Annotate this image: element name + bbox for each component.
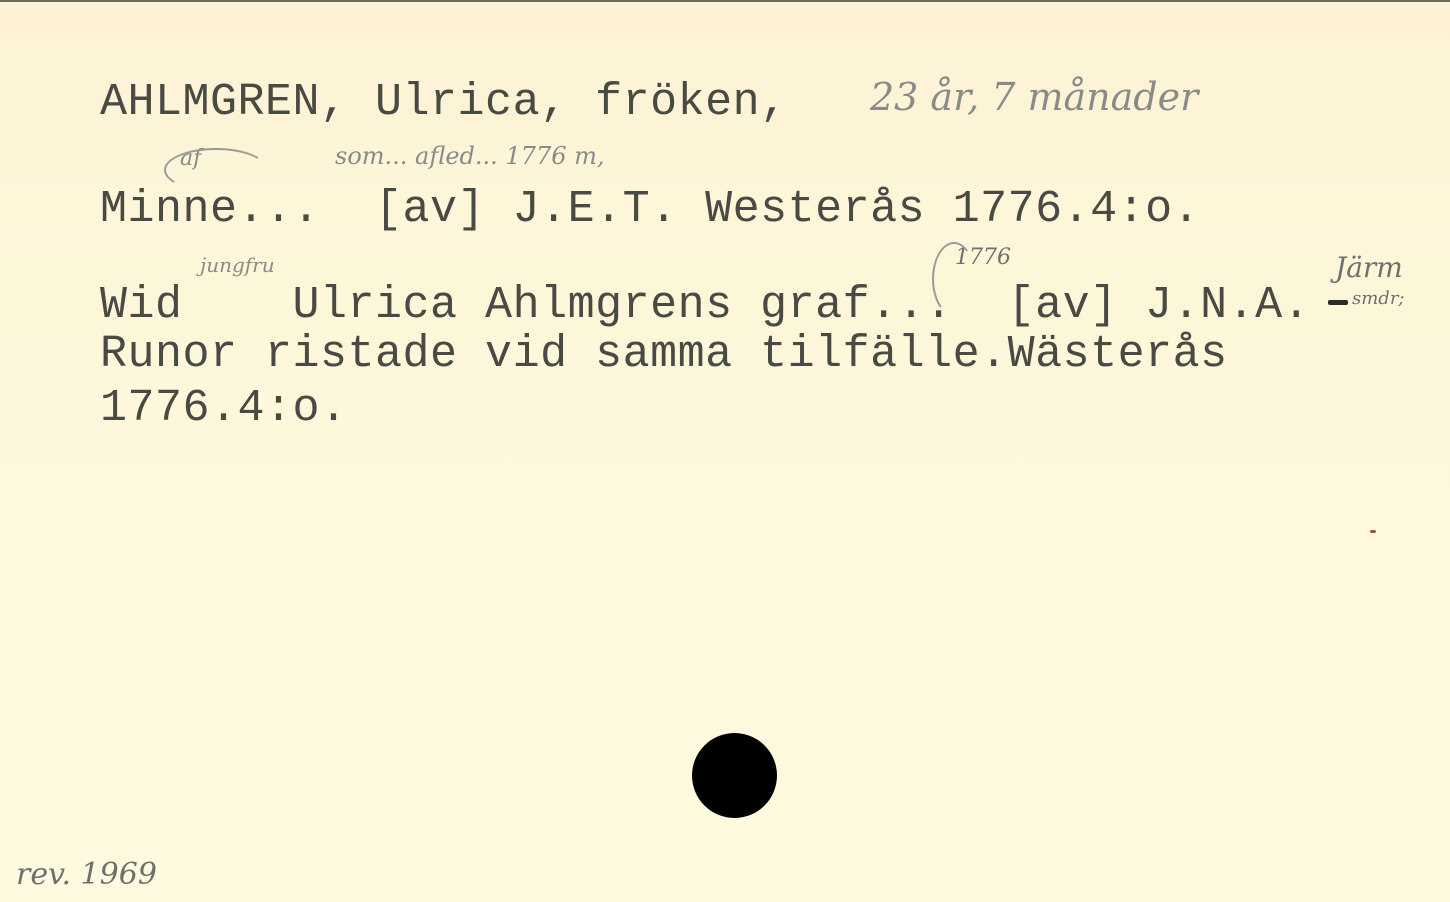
handwritten-revision-note: rev. 1969 — [16, 860, 157, 890]
catalog-entry-2-line-3: 1776.4:o. — [100, 386, 348, 431]
card-punch-hole — [692, 733, 777, 818]
author-dash-mark — [1328, 300, 1348, 305]
handwritten-age-note: 23 år, 7 månader — [870, 78, 1198, 116]
handwritten-insert-jungfru: jungfru — [200, 255, 275, 275]
catalog-entry-2-line-1: Wid Ulrica Ahlmgrens graf... [av] J.N.A. — [100, 283, 1310, 328]
card-heading: AHLMGREN, Ulrica, fröken, — [100, 80, 788, 125]
handwritten-insert-som-afled: som... afled... 1776 m, — [335, 144, 605, 168]
ink-speck — [1370, 530, 1376, 533]
handwritten-author-name: Järm — [1335, 254, 1403, 282]
catalog-entry-1: Minne... [av] J.E.T. Westerås 1776.4:o. — [100, 187, 1200, 232]
catalog-entry-2-line-2: Runor ristade vid samma tilfälle.Wästerå… — [100, 332, 1228, 377]
catalog-card: AHLMGREN, Ulrica, fröken, 23 år, 7 månad… — [0, 0, 1450, 902]
handwritten-author-role: smdr; — [1352, 290, 1405, 308]
